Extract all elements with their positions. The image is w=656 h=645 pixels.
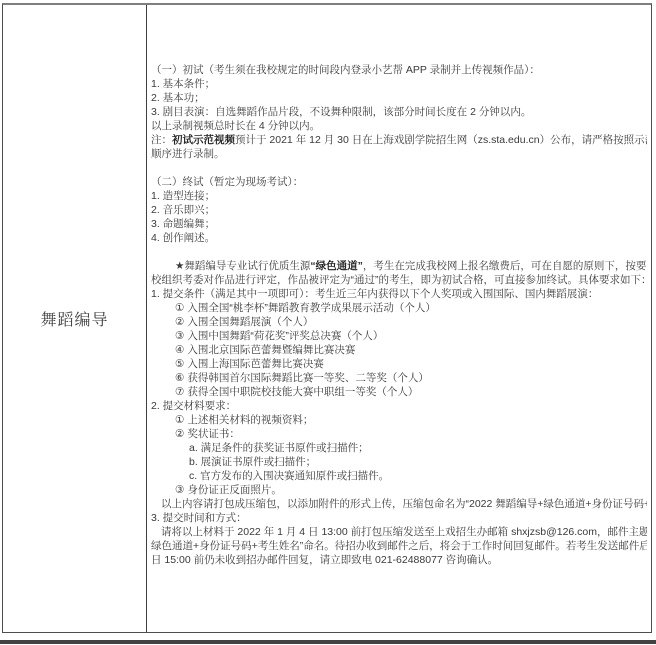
text-line: 3. 提交时间和方式： (151, 511, 647, 525)
text-line: 请将以上材料于 2022 年 1 月 4 日 13:00 前打包压缩发送至上戏招… (151, 525, 647, 539)
text-line: 1. 提交条件（满足其中一项即可）：考生近三年内获得以下个人奖项或入围国际、国内… (151, 287, 647, 301)
text-line: 2. 音乐即兴； (151, 203, 647, 217)
text-line: 顺序进行录制。 (151, 147, 647, 161)
text-line: b. 展演证书原件或扫描件； (151, 455, 647, 469)
text-line: 1. 基本条件； (151, 77, 647, 91)
text-line: 4. 创作阐述。 (151, 231, 647, 245)
content-lines: （一）初试（考生须在我校规定的时间段内登录小艺帮 APP 录制并上传视频作品）：… (151, 63, 647, 567)
text-line: 日 15:00 前仍未收到招办邮件回复，请立即致电 021-62488077 咨… (151, 553, 647, 567)
text-line: ② 入围全国舞蹈展演（个人） (151, 315, 647, 329)
table-bottom-edge (0, 640, 656, 644)
text-line: ★舞蹈编导专业试行优质生源“绿色通道”，考生在完成我校网上报名缴费后，可在自愿的… (151, 259, 647, 273)
text-line: ① 入围全国“桃李杯”舞蹈教育教学成果展示活动（个人） (151, 301, 647, 315)
text-line: ① 上述相关材料的视频资料； (151, 413, 647, 427)
text-line: （二）终试（暂定为现场考试）： (151, 175, 647, 189)
text-line: 1. 造型连接； (151, 189, 647, 203)
text-line: c. 官方发布的入围决赛通知原件或扫描件。 (151, 469, 647, 483)
text-line: ③ 入围中国舞蹈“荷花奖”评奖总决赛（个人） (151, 329, 647, 343)
exam-requirements-table: 舞蹈编导 （一）初试（考生须在我校规定的时间段内登录小艺帮 APP 录制并上传视… (2, 3, 652, 633)
text-line: ④ 入围北京国际芭蕾舞暨编舞比赛决赛 (151, 343, 647, 357)
blank-line (151, 161, 647, 175)
text-line: a. 满足条件的获奖证书原件或扫描件； (151, 441, 647, 455)
text-line: （一）初试（考生须在我校规定的时间段内登录小艺帮 APP 录制并上传视频作品）： (151, 63, 647, 77)
blank-line (151, 245, 647, 259)
text-line: ⑥ 获得韩国首尔国际舞蹈比赛一等奖、二等奖（个人） (151, 371, 647, 385)
text-line: ② 奖状证书： (151, 427, 647, 441)
major-label-cell: 舞蹈编导 (3, 5, 147, 632)
text-line: ③ 身份证正反面照片。 (151, 483, 647, 497)
text-line: ⑦ 获得全国中职院校技能大赛中职组一等奖（个人） (151, 385, 647, 399)
text-line: 注：初试示范视频预计于 2021 年 12 月 30 日在上海戏剧学院招生网（z… (151, 133, 647, 147)
text-line: 绿色通道+身份证号码+考生姓名”命名。待招办收到邮件之后，将会于工作时间回复邮件… (151, 539, 647, 553)
exam-details-cell: （一）初试（考生须在我校规定的时间段内登录小艺帮 APP 录制并上传视频作品）：… (147, 5, 651, 632)
text-line: ⑤ 入围上海国际芭蕾舞比赛决赛 (151, 357, 647, 371)
major-label: 舞蹈编导 (40, 307, 108, 330)
text-line: 3. 命题编舞； (151, 217, 647, 231)
text-line: 2. 基本功； (151, 91, 647, 105)
text-line: 3. 剧目表演：自选舞蹈作品片段，不设舞种限制，该部分时间长度在 2 分钟以内。 (151, 105, 647, 119)
text-line: 以上内容请打包成压缩包，以添加附件的形式上传，压缩包命名为“2022 舞蹈编导+… (151, 497, 647, 511)
text-line: 2. 提交材料要求： (151, 399, 647, 413)
text-line: 以上录制视频总时长在 4 分钟以内。 (151, 119, 647, 133)
page: 舞蹈编导 （一）初试（考生须在我校规定的时间段内登录小艺帮 APP 录制并上传视… (0, 0, 656, 645)
text-line: 校组织考委对作品进行评定，作品被评定为“通过”的考生，即为初试合格，可直接参加终… (151, 273, 647, 287)
